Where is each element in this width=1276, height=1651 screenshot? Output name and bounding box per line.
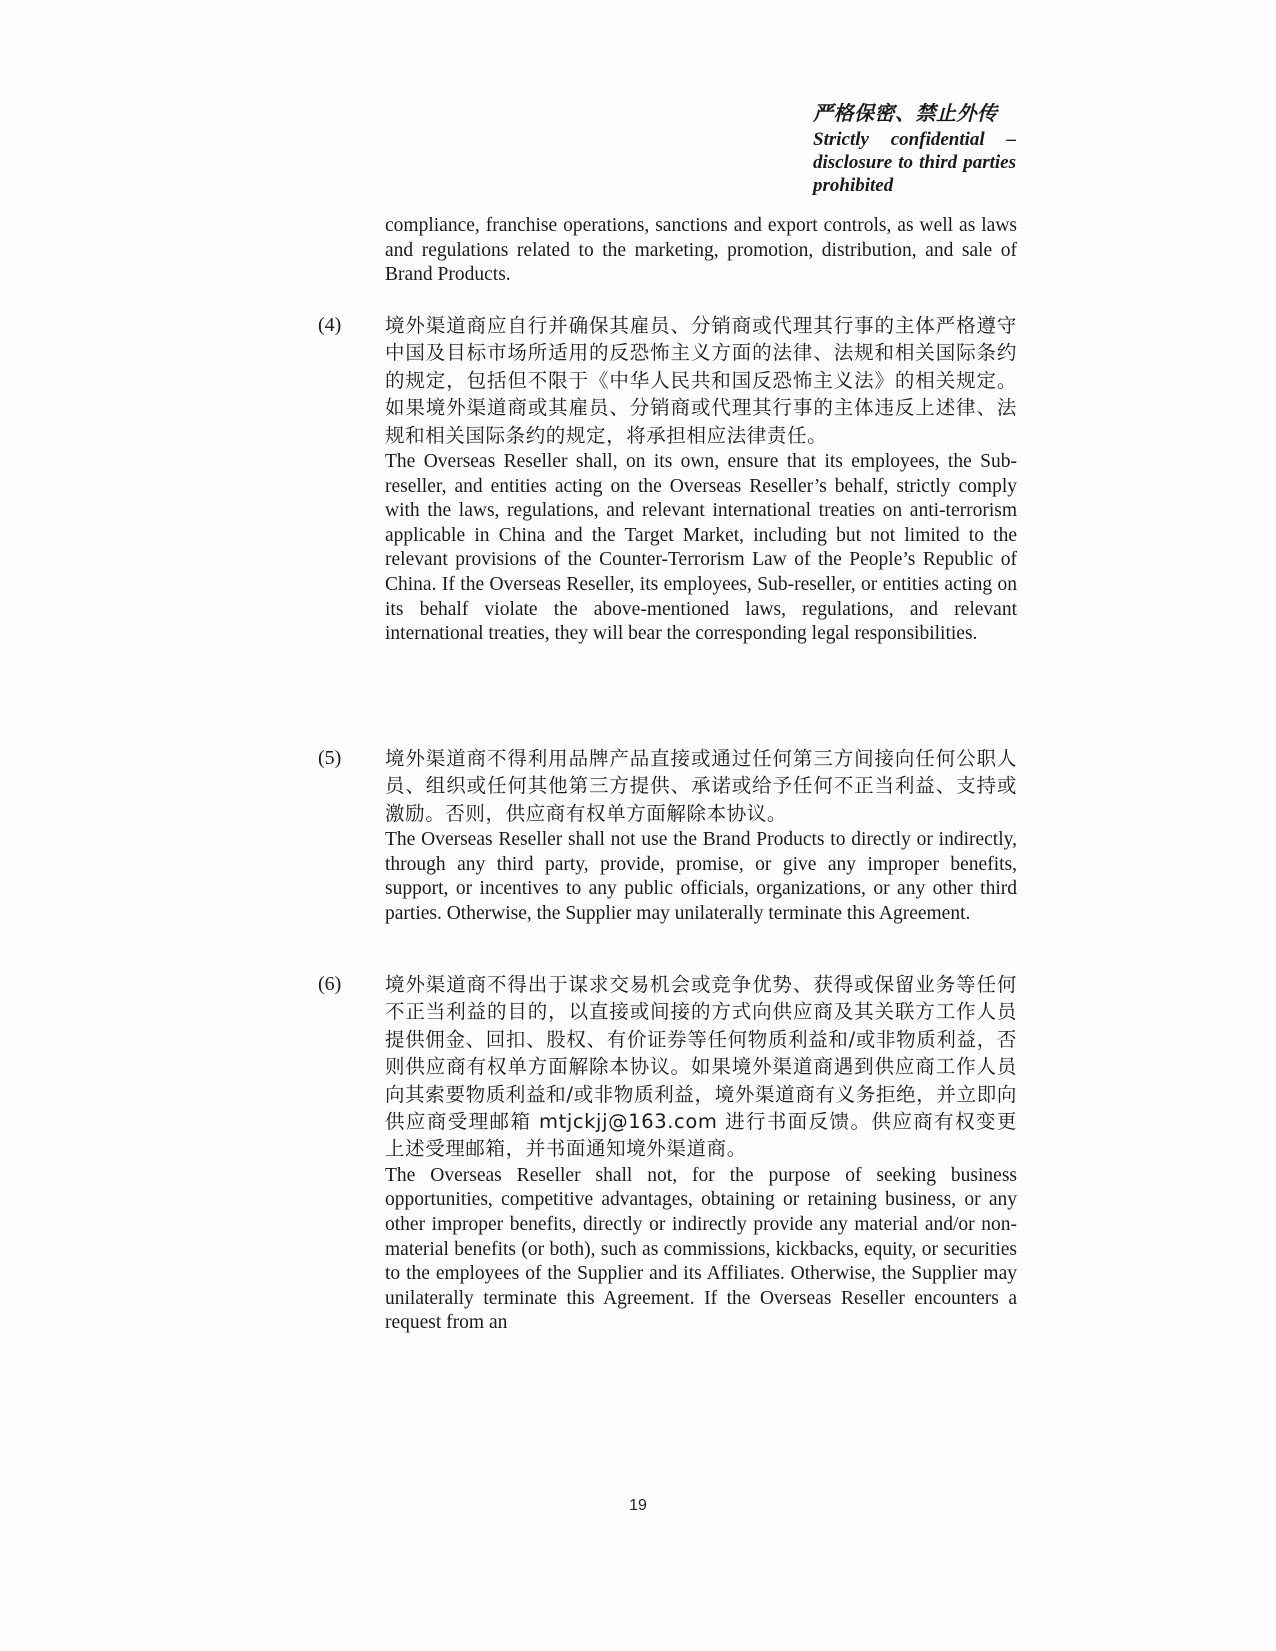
clause-6-en: The Overseas Reseller shall not, for the… [385,1164,1017,1336]
clause-6-zh: 境外渠道商不得出于谋求交易机会或竞争优势、获得或保留业务等任何不正当利益的目的，… [385,971,1017,1163]
confidentiality-header: 严格保密、禁止外传 Strictly confidential – disclo… [813,103,1016,197]
clause-6: 境外渠道商不得出于谋求交易机会或竞争优势、获得或保留业务等任何不正当利益的目的，… [385,971,1017,1336]
clause-4-en: The Overseas Reseller shall, on its own,… [385,450,1017,647]
confidentiality-header-en: Strictly confidential – disclosure to th… [813,128,1016,197]
document-page: 严格保密、禁止外传 Strictly confidential – disclo… [0,0,1276,1651]
page-number: 19 [0,1497,1276,1515]
clause-number: (4) [318,314,341,337]
continuation-paragraph: compliance, franchise operations, sancti… [385,214,1017,288]
clause-4: 境外渠道商应自行并确保其雇员、分销商或代理其行事的主体严格遵守中国及目标市场所适… [385,312,1017,647]
confidentiality-header-zh: 严格保密、禁止外传 [813,103,1016,126]
clause-number: (6) [318,973,341,996]
clause-number: (5) [318,747,341,770]
clause-4-zh: 境外渠道商应自行并确保其雇员、分销商或代理其行事的主体严格遵守中国及目标市场所适… [385,312,1017,449]
clause-5-en: The Overseas Reseller shall not use the … [385,828,1017,926]
clause-5: 境外渠道商不得利用品牌产品直接或通过任何第三方间接向任何公职人员、组织或任何其他… [385,745,1017,927]
clause-5-zh: 境外渠道商不得利用品牌产品直接或通过任何第三方间接向任何公职人员、组织或任何其他… [385,745,1017,827]
